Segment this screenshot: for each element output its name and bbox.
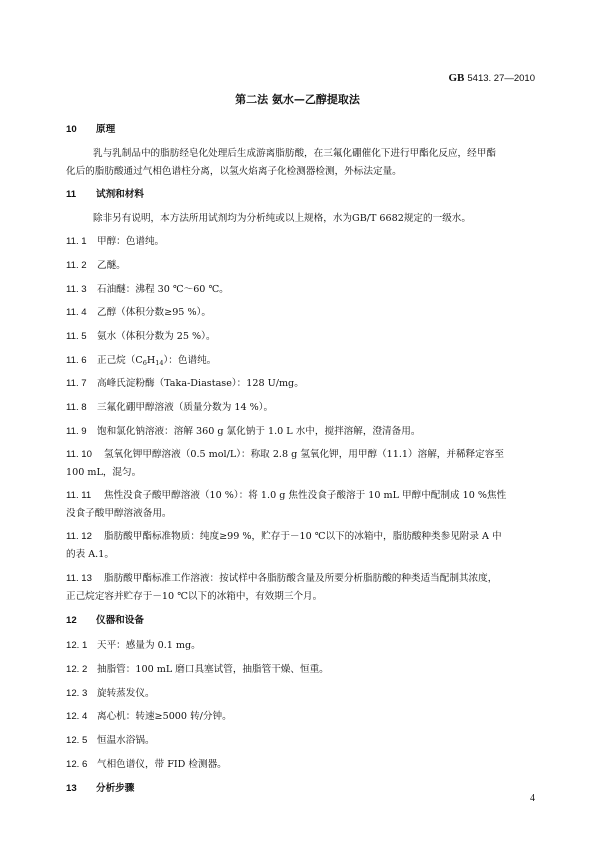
- item-number: 11. 3: [66, 284, 97, 296]
- list-item: 11. 9饱和氯化钠溶液：溶解 360 g 氯化钠于 1.0 L 水中，搅拌溶解…: [66, 426, 420, 438]
- list-item-continuation: 的表 A.1。: [66, 549, 114, 561]
- section-title: 分析步骤: [96, 783, 134, 794]
- item-text: 乙醚。: [97, 260, 126, 271]
- item-text: 氨水（体积分数为 25 %）。: [97, 331, 216, 342]
- item-text: 三氟化硼甲醇溶液（质量分数为 14 %）。: [97, 402, 273, 413]
- item-text: 焦性没食子酸甲醇溶液（10 %）：将 1.0 g 焦性没食子酸溶于 10 mL …: [104, 490, 506, 501]
- list-item-continuation: 没食子酸甲醇溶液备用。: [66, 508, 172, 520]
- list-item: 11. 1甲醇：色谱纯。: [66, 236, 164, 248]
- section-title: 试剂和材料: [96, 189, 144, 200]
- item-number: 12. 4: [66, 711, 97, 723]
- list-item: 11. 6正己烷（C6H14）：色谱纯。: [66, 355, 216, 369]
- item-number: 11. 9: [66, 426, 97, 438]
- item-text: 石油醚：沸程 30 ℃～60 ℃。: [97, 284, 229, 295]
- paragraph-line: 除非另有说明，本方法所用试剂均为分析纯或以上规格，水为GB/T 6682规定的一…: [93, 213, 471, 225]
- item-number: 12. 3: [66, 688, 97, 700]
- section-heading-13: 13分析步骤: [66, 783, 134, 795]
- item-number: 12. 2: [66, 664, 97, 676]
- section-number: 12: [66, 615, 96, 627]
- list-item: 11. 8三氟化硼甲醇溶液（质量分数为 14 %）。: [66, 402, 273, 414]
- item-text: H: [147, 355, 155, 366]
- item-number: 11. 8: [66, 402, 97, 414]
- subscript: 14: [155, 359, 163, 367]
- item-number: 11. 6: [66, 355, 97, 367]
- list-item: 12. 5恒温水浴锅。: [66, 735, 155, 747]
- list-item: 12. 1天平：感量为 0.1 mg。: [66, 640, 201, 652]
- list-item: 11. 11焦性没食子酸甲醇溶液（10 %）：将 1.0 g 焦性没食子酸溶于 …: [66, 490, 506, 502]
- item-text: 高峰氏淀粉酶（Taka-Diastase）：128 U/mg。: [97, 378, 304, 389]
- list-item: 11. 13脂肪酸甲酯标准工作溶液：按试样中各脂肪酸含量及所要分析脂肪酸的种类适…: [66, 573, 497, 585]
- item-text: 饱和氯化钠溶液：溶解 360 g 氯化钠于 1.0 L 水中，搅拌溶解，澄清备用…: [97, 426, 420, 437]
- list-item: 11. 10氢氧化钾甲醇溶液（0.5 mol/L）：称取 2.8 g 氢氧化钾，…: [66, 449, 504, 461]
- item-text: 脂肪酸甲酯标准工作溶液：按试样中各脂肪酸含量及所要分析脂肪酸的种类适当配制其浓度…: [104, 573, 497, 584]
- item-number: 11. 11: [66, 490, 104, 502]
- list-item: 11. 2乙醚。: [66, 260, 126, 272]
- standard-number-header: GB5413. 27—2010: [448, 72, 535, 84]
- item-number: 12. 1: [66, 640, 97, 652]
- item-text: 气相色谱仪，带 FID 检测器。: [97, 759, 227, 770]
- list-item: 11. 3石油醚：沸程 30 ℃～60 ℃。: [66, 284, 229, 296]
- list-item-continuation: 正己烷定容并贮存于－10 ℃以下的冰箱中，有效期三个月。: [66, 591, 322, 603]
- section-number: 11: [66, 189, 96, 201]
- list-item: 11. 4乙醇（体积分数≥95 %）。: [66, 307, 211, 319]
- list-item: 12. 6气相色谱仪，带 FID 检测器。: [66, 759, 227, 771]
- item-number: 11. 1: [66, 236, 97, 248]
- item-number: 11. 7: [66, 378, 97, 390]
- list-item: 12. 4离心机：转速≥5000 转/分钟。: [66, 711, 232, 723]
- item-text: 离心机：转速≥5000 转/分钟。: [97, 711, 232, 722]
- item-text: 乙醇（体积分数≥95 %）。: [97, 307, 211, 318]
- section-title: 原理: [96, 124, 115, 135]
- item-text: 甲醇：色谱纯。: [97, 236, 164, 247]
- list-item: 12. 2抽脂管：100 mL 磨口具塞试管，抽脂管干燥、恒重。: [66, 664, 329, 676]
- item-text: ）：色谱纯。: [164, 355, 217, 366]
- section-heading-12: 12仪器和设备: [66, 615, 144, 627]
- section-heading-11: 11试剂和材料: [66, 189, 144, 201]
- list-item-continuation: 100 mL，混匀。: [66, 467, 141, 479]
- item-number: 11. 10: [66, 449, 104, 461]
- item-text: 抽脂管：100 mL 磨口具塞试管，抽脂管干燥、恒重。: [97, 664, 329, 675]
- std-number: 5413. 27—2010: [467, 73, 535, 84]
- item-number: 11. 13: [66, 573, 104, 585]
- section-heading-10: 10原理: [66, 124, 115, 136]
- item-text: 氢氧化钾甲醇溶液（0.5 mol/L）：称取 2.8 g 氢氧化钾，用甲醇（11…: [104, 449, 504, 460]
- paragraph-line: 乳与乳制品中的脂肪经皂化处理后生成游离脂肪酸，在三氟化硼催化下进行甲酯化反应，经…: [93, 148, 496, 160]
- list-item: 11. 7高峰氏淀粉酶（Taka-Diastase）：128 U/mg。: [66, 378, 304, 390]
- list-item: 11. 12脂肪酸甲酯标准物质：纯度≥99 %，贮存于－10 ℃以下的冰箱中，脂…: [66, 531, 502, 543]
- item-text: 旋转蒸发仪。: [97, 688, 155, 699]
- item-number: 11. 12: [66, 531, 104, 543]
- item-text: 正己烷（C: [97, 355, 143, 366]
- paragraph-line: 化后的脂肪酸通过气相色谱柱分离，以氢火焰离子化检测器检测，外标法定量。: [66, 166, 402, 178]
- item-text: 天平：感量为 0.1 mg。: [97, 640, 201, 651]
- item-text: 脂肪酸甲酯标准物质：纯度≥99 %，贮存于－10 ℃以下的冰箱中，脂肪酸种类参见…: [104, 531, 502, 542]
- section-title: 仪器和设备: [96, 615, 144, 626]
- item-text: 恒温水浴锅。: [97, 735, 155, 746]
- page-number: 4: [530, 793, 535, 804]
- item-number: 11. 5: [66, 331, 97, 343]
- section-number: 10: [66, 124, 96, 136]
- method-title: 第二法 氨水—乙醇提取法: [0, 91, 595, 107]
- std-prefix: GB: [448, 72, 464, 84]
- section-number: 13: [66, 783, 96, 795]
- item-number: 12. 5: [66, 735, 97, 747]
- item-number: 11. 4: [66, 307, 97, 319]
- list-item: 11. 5氨水（体积分数为 25 %）。: [66, 331, 216, 343]
- list-item: 12. 3旋转蒸发仪。: [66, 688, 155, 700]
- item-number: 12. 6: [66, 759, 97, 771]
- item-number: 11. 2: [66, 260, 97, 272]
